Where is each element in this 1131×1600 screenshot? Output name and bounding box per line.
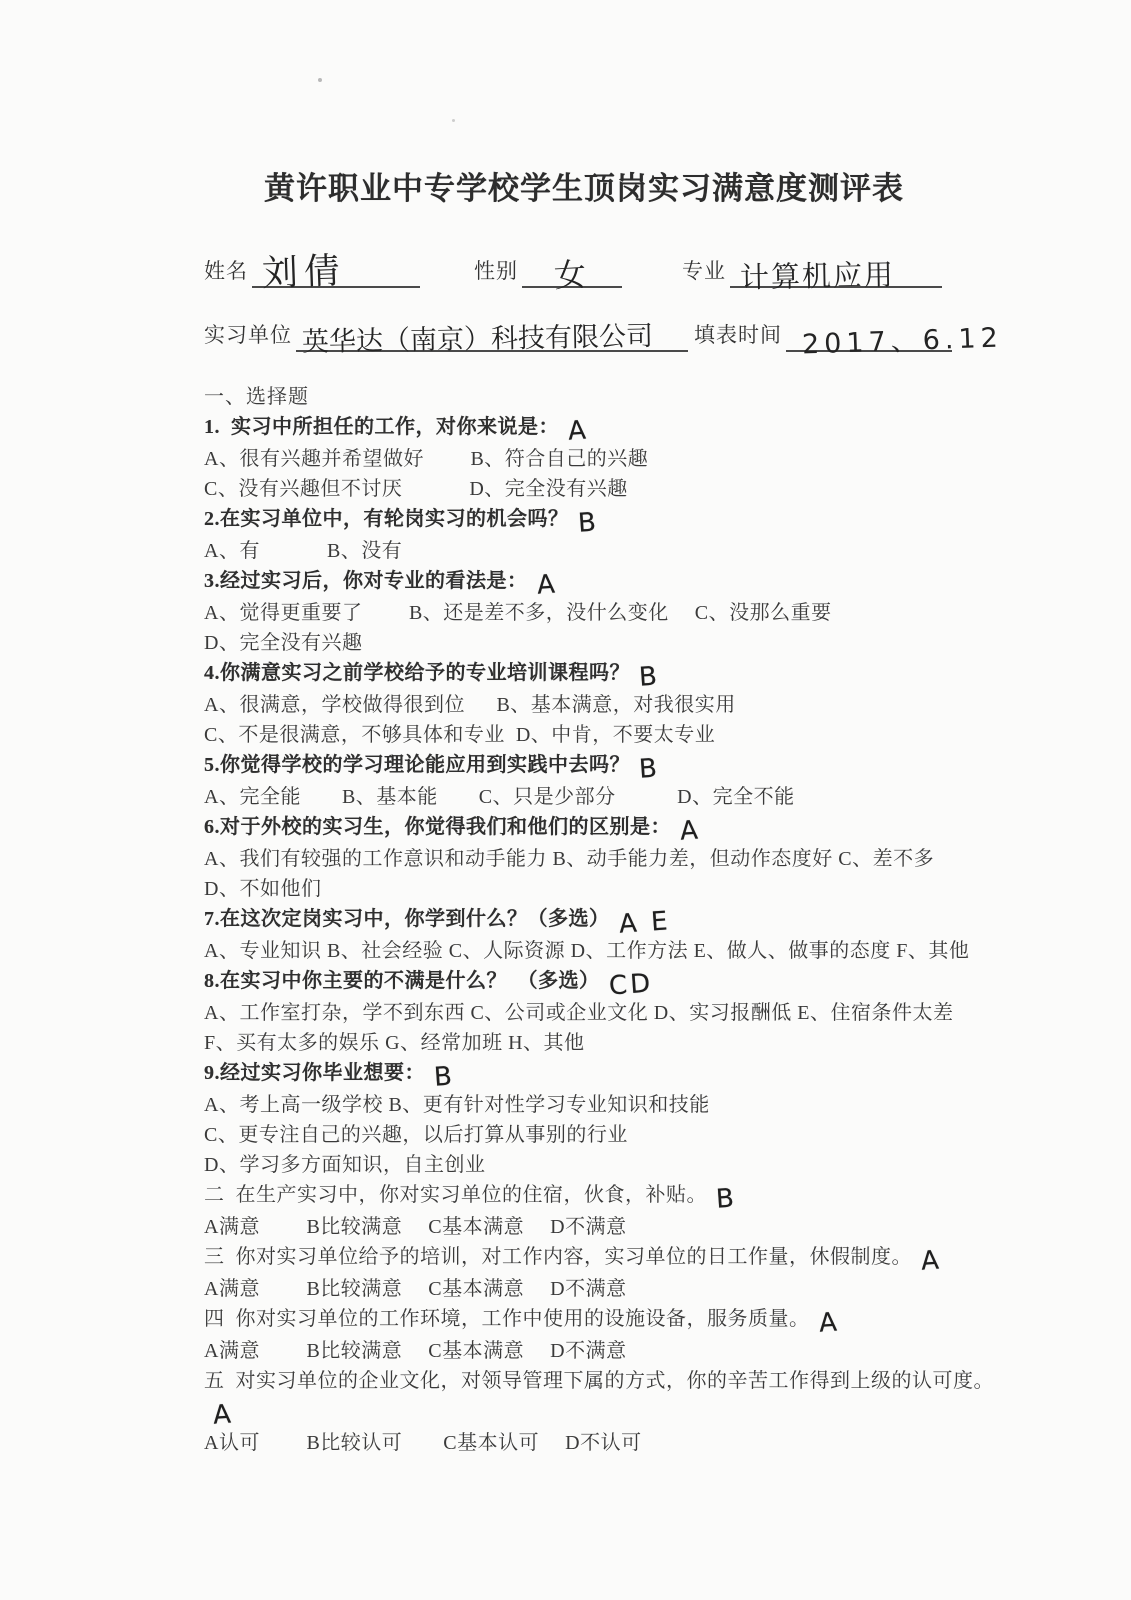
question-block-1: 1. 实习中所担任的工作，对你来说是：A A、很有兴趣并希望做好 B、符合自己的… [204, 412, 1014, 504]
handwritten-answer: B [638, 755, 661, 782]
name-handwritten-value: 刘倩 [261, 254, 346, 293]
handwritten-answer: A E [618, 908, 671, 938]
gender-underline: 女 [522, 254, 622, 288]
option-line: A、觉得更重要了 B、还是差不多，没什么变化 C、没那么重要 [204, 598, 1014, 628]
major-label: 专业 [682, 254, 726, 288]
question-block-11: 三 你对实习单位给予的培训，对工作内容，实习单位的日工作量，休假制度。A A满意… [204, 1242, 1014, 1304]
unit-handwritten-value: 英华达（南京）科技有限公司 [302, 323, 653, 356]
gender-label: 性别 [474, 254, 518, 288]
question-prompt: 四 你对实习单位的工作环境，工作中使用的设施设备，服务质量。 [204, 1308, 810, 1330]
question-block-5: 5.你觉得学校的学习理论能应用到实践中去吗？B A、完全能 B、基本能 C、只是… [204, 750, 1014, 812]
section-heading: 一、选择题 [204, 382, 1014, 412]
question-block-9: 9.经过实习你毕业想要：B A、考上高一级学校 B、更有针对性学习专业知识和技能… [204, 1058, 1014, 1180]
question-prompt: 1. 实习中所担任的工作，对你来说是： [204, 416, 559, 438]
question-block-12: 四 你对实习单位的工作环境，工作中使用的设施设备，服务质量。A A满意 B比较满… [204, 1304, 1014, 1366]
form-title: 黄许职业中专学校学生顶岗实习满意度测评表 [204, 163, 964, 208]
option-line: A认可 B比较认可 C基本认可 D不认可 [204, 1428, 1014, 1458]
header-row-2: 实习单位英华达（南京）科技有限公司填表时间2017、6.12 [204, 318, 1014, 356]
handwritten-answer: A [536, 571, 559, 598]
question-prompt: 6.对于外校的实习生，你觉得我们和他们的区别是： [204, 816, 671, 838]
unit-underline: 英华达（南京）科技有限公司 [296, 318, 688, 352]
question-block-3: 3.经过实习后，你对专业的看法是：A A、觉得更重要了 B、还是差不多，没什么变… [204, 566, 1014, 658]
question-block-13: 五 对实习单位的企业文化，对领导管理下属的方式，你的辛苦工作得到上级的认可度。A… [204, 1366, 1014, 1458]
option-line: A、专业知识 B、社会经验 C、人际资源 D、工作方法 E、做人、做事的态度 F… [204, 936, 1014, 966]
header-row-1: 姓名刘倩性别女专业计算机应用 [204, 254, 1014, 292]
question-block-10: 二 在生产实习中，你对实习单位的住宿，伙食，补贴。B A满意 B比较满意 C基本… [204, 1180, 1014, 1242]
option-line: A、考上高一级学校 B、更有针对性学习专业知识和技能 [204, 1090, 1014, 1120]
scan-speck [452, 119, 455, 122]
handwritten-answer: B [433, 1063, 456, 1090]
question-prompt: 3.经过实习后，你对专业的看法是： [204, 570, 528, 592]
question-prompt: 7.在这次定岗实习中，你学到什么？（多选） [204, 908, 610, 930]
option-line: D、学习多方面知识，自主创业 [204, 1150, 1014, 1180]
question-block-6: 6.对于外校的实习生，你觉得我们和他们的区别是：A A、我们有较强的工作意识和动… [204, 812, 1014, 904]
gender-handwritten-value: 女 [553, 258, 587, 292]
option-line: A、很有兴趣并希望做好 B、符合自己的兴趣 [204, 444, 1014, 474]
question-block-4: 4.你满意实习之前学校给予的专业培训课程吗？B A、很满意，学校做得很到位 B、… [204, 658, 1014, 750]
option-line: D、完全没有兴趣 [204, 628, 1014, 658]
option-line: C、不是很满意，不够具体和专业 D、中肯，不要太专业 [204, 720, 1014, 750]
question-prompt: 五 对实习单位的企业文化，对领导管理下属的方式，你的辛苦工作得到上级的认可度。 [204, 1370, 994, 1392]
option-line: A满意 B比较满意 C基本满意 D不满意 [204, 1336, 1014, 1366]
major-handwritten-value: 计算机应用 [740, 261, 895, 293]
date-handwritten-value: 2017、6.12 [802, 325, 1004, 359]
form-content: 黄许职业中专学校学生顶岗实习满意度测评表 姓名刘倩性别女专业计算机应用 实习单位… [204, 163, 1014, 1458]
question-prompt: 8.在实习中你主要的不满是什么？ （多选） [204, 970, 600, 992]
name-underline: 刘倩 [252, 254, 420, 288]
option-line: A、有 B、没有 [204, 536, 1014, 566]
option-line: A、我们有较强的工作意识和动手能力 B、动手能力差，但动作态度好 C、差不多 [204, 844, 1014, 874]
option-line: A、工作室打杂，学不到东西 C、公司或企业文化 D、实习报酬低 E、住宿条件太差 [204, 998, 1014, 1028]
question-block-8: 8.在实习中你主要的不满是什么？ （多选）CD A、工作室打杂，学不到东西 C、… [204, 966, 1014, 1058]
handwritten-answer: B [577, 509, 600, 536]
date-label: 填表时间 [694, 318, 782, 352]
option-line: A满意 B比较满意 C基本满意 D不满意 [204, 1274, 1014, 1304]
major-underline: 计算机应用 [730, 254, 942, 288]
question-prompt: 5.你觉得学校的学习理论能应用到实践中去吗？ [204, 754, 630, 776]
question-block-2: 2.在实习单位中，有轮岗实习的机会吗？B A、有 B、没有 [204, 504, 1014, 566]
handwritten-answer: A [212, 1401, 235, 1428]
date-underline: 2017、6.12 [786, 318, 952, 352]
question-prompt: 2.在实习单位中，有轮岗实习的机会吗？ [204, 508, 569, 530]
handwritten-answer: B [715, 1185, 738, 1212]
handwritten-answer: A [567, 417, 590, 444]
option-line: D、不如他们 [204, 874, 1014, 904]
scan-speck [318, 78, 322, 82]
name-label: 姓名 [204, 254, 248, 288]
question-block-7: 7.在这次定岗实习中，你学到什么？（多选）A E A、专业知识 B、社会经验 C… [204, 904, 1014, 966]
handwritten-answer: A [920, 1247, 943, 1274]
option-line: A、很满意，学校做得很到位 B、基本满意，对我很实用 [204, 690, 1014, 720]
option-line: C、没有兴趣但不讨厌 D、完全没有兴趣 [204, 474, 1014, 504]
unit-label: 实习单位 [204, 318, 292, 352]
question-prompt: 二 在生产实习中，你对实习单位的住宿，伙食，补贴。 [204, 1184, 707, 1206]
question-prompt: 9.经过实习你毕业想要： [204, 1062, 425, 1084]
handwritten-answer: A [679, 817, 702, 844]
handwritten-answer: A [818, 1309, 841, 1336]
question-prompt: 4.你满意实习之前学校给予的专业培训课程吗？ [204, 662, 630, 684]
handwritten-answer: CD [608, 970, 654, 999]
option-line: A、完全能 B、基本能 C、只是少部分 D、完全不能 [204, 782, 1014, 812]
scanned-survey-form-page: 黄许职业中专学校学生顶岗实习满意度测评表 姓名刘倩性别女专业计算机应用 实习单位… [0, 0, 1131, 1600]
option-line: F、买有太多的娱乐 G、经常加班 H、其他 [204, 1028, 1014, 1058]
question-prompt: 三 你对实习单位给予的培训，对工作内容，实习单位的日工作量，休假制度。 [204, 1246, 912, 1268]
handwritten-answer: B [638, 663, 661, 690]
option-line: C、更专注自己的兴趣，以后打算从事别的行业 [204, 1120, 1014, 1150]
option-line: A满意 B比较满意 C基本满意 D不满意 [204, 1212, 1014, 1242]
